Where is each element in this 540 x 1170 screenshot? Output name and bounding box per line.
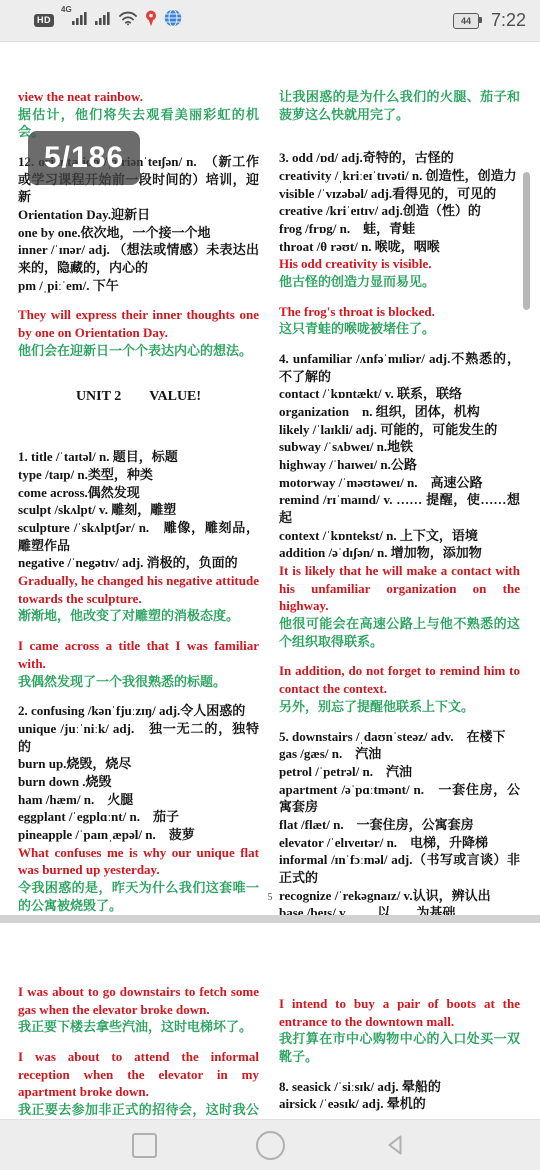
sentence-zh: 让我困惑的是为什么我们的火腿、茄子和菠萝这么快就用完了。 xyxy=(279,88,520,123)
sentence-zh: 我正要去参加非正式的招待会，这时我公寓 xyxy=(18,1101,259,1120)
sentence-zh: 我打算在市中心购物中心的入口处买一双靴子。 xyxy=(279,1030,520,1065)
sentence-en: view the neat rainbow. xyxy=(18,88,259,106)
sentence-en: I was about to attend the informal recep… xyxy=(18,1048,259,1101)
vocab-entry: sculpture /ˈskʌlptʃər/ n. 雕像，雕刻品，雕塑作品 xyxy=(18,519,259,554)
vocab-entry: burn up.烧毁，烧尽 xyxy=(18,755,259,773)
vocab-entry: creative /kriˈeɪtɪv/ adj.创造（性）的 xyxy=(279,202,520,220)
sentence-zh: 另外，别忘了提醒他联系上下文。 xyxy=(279,698,520,716)
vocab-entry: 3. odd /ɒd/ adj.奇特的，古怪的 xyxy=(279,149,520,167)
sentence-zh: 我正要下楼去拿些汽油，这时电梯坏了。 xyxy=(18,1018,259,1036)
page-number: 5 xyxy=(0,892,540,903)
vocab-entry: come across.偶然发现 xyxy=(18,484,259,502)
status-icons-right: 44 7:22 xyxy=(453,10,526,31)
sentence-zh: 我偶然发现了一个我很熟悉的标题。 xyxy=(18,673,259,691)
vocab-entry: frog /frɒg/ n. 蛙，青蛙 xyxy=(279,220,520,238)
sentence-en: What confuses me is why our unique flat … xyxy=(18,844,259,879)
vocab-entry: unique /juːˈniːk/ adj. 独一无二的，独特的 xyxy=(18,720,259,755)
vocab-entry: pineapple /ˈpaɪnˌæpəl/ n. 菠萝 xyxy=(18,826,259,844)
nav-bar xyxy=(0,1119,540,1170)
battery-level: 44 xyxy=(461,16,471,26)
vocab-entry: eggplant /ˈegplɑːnt/ n. 茄子 xyxy=(18,808,259,826)
vocab-entry: petrol /ˈpetrəl/ n. 汽油 xyxy=(279,763,520,781)
vocab-entry: context /ˈkɒntekst/ n. 上下文，语境 xyxy=(279,527,520,545)
vocab-entry: airsick /ˈeəsɪk/ adj. 晕机的 xyxy=(279,1095,520,1113)
sentence-en: His odd creativity is visible. xyxy=(279,255,520,273)
vocab-entry: 8. seasick /ˈsiːsɪk/ adj. 晕船的 xyxy=(279,1078,520,1096)
vocab-entry: 1. title /ˈtaɪtəl/ n. 题目，标题 xyxy=(18,448,259,466)
vocab-entry: flat /flæt/ n. 一套住房，公寓套房 xyxy=(279,816,520,834)
hd-icon: HD xyxy=(34,14,54,27)
vocab-entry: creativity /ˌkriːeɪˈtɪvəti/ n. 创造性，创造力 xyxy=(279,167,520,185)
browser-globe-icon xyxy=(164,9,182,32)
sentence-zh: 他们会在迎新日一个个表达内心的想法。 xyxy=(18,342,259,360)
sentence-en: I intend to buy a pair of boots at the e… xyxy=(279,995,520,1030)
vocab-entry: addition /əˈdɪʃən/ n. 增加物，添加物 xyxy=(279,544,520,562)
vocab-entry: negative /ˈnegətɪv/ adj. 消极的，负面的 xyxy=(18,554,259,572)
sentence-en: In addition, do not forget to remind him… xyxy=(279,662,520,697)
sentence-zh: 他很可能会在高速公路上与他不熟悉的这个组织取得联系。 xyxy=(279,615,520,650)
status-bar: HD 4G xyxy=(0,0,540,42)
recents-button[interactable] xyxy=(124,1125,164,1165)
status-icons-left: HD 4G xyxy=(34,9,182,32)
vocab-entry: burn down .烧毁 xyxy=(18,773,259,791)
status-time: 7:22 xyxy=(491,10,526,31)
sentence-en: I was about to go downstairs to fetch so… xyxy=(18,983,259,1018)
sentence-en: It is likely that he will make a contact… xyxy=(279,562,520,615)
vocab-entry: gas /gæs/ n. 汽油 xyxy=(279,745,520,763)
vocab-entry: 2. confusing /kənˈfjuːzɪŋ/ adj.令人困惑的 xyxy=(18,702,259,720)
recents-square-icon xyxy=(132,1133,157,1158)
signal-bars-icon xyxy=(95,11,111,30)
page-divider xyxy=(0,915,540,923)
vocab-entry: 4. unfamiliar /ʌnfəˈmɪliər/ adj.不熟悉的，不了解… xyxy=(279,350,520,385)
page6-left-column: I was about to go downstairs to fetch so… xyxy=(18,983,259,1120)
scrollbar-thumb[interactable] xyxy=(523,172,530,310)
vocab-entry: organization n. 组织，团体，机构 xyxy=(279,403,520,421)
vocab-entry: likely /ˈlaɪkli/ adj. 可能的，可能发生的 xyxy=(279,421,520,439)
sentence-en: Gradually, he changed his negative attit… xyxy=(18,572,259,607)
signal-4g-icon: 4G xyxy=(61,11,88,30)
sentence-zh: 这只青蛙的喉咙被堵住了。 xyxy=(279,320,520,338)
back-button[interactable] xyxy=(376,1125,416,1165)
vocab-entry: Orientation Day.迎新日 xyxy=(18,206,259,224)
page6-right-column: I intend to buy a pair of boots at the e… xyxy=(279,983,520,1120)
unit-heading: UNIT 2 VALUE! xyxy=(18,387,259,406)
location-pin-icon xyxy=(145,10,157,32)
vocab-entry: 5. downstairs /ˌdaʊnˈsteəz/ adv. 在楼下 xyxy=(279,728,520,746)
vocab-entry: sculpt /skʌlpt/ v. 雕刻，雕塑 xyxy=(18,501,259,519)
vocab-entry: motorway /ˈməʊtəweɪ/ n. 高速公路 xyxy=(279,474,520,492)
sentence-zh: 他古怪的创造力显而易见。 xyxy=(279,273,520,291)
sentence-zh: 渐渐地，他改变了对雕塑的消极态度。 xyxy=(18,607,259,625)
screen: HD 4G xyxy=(0,0,540,1170)
vocab-entry: highway /ˈhaɪweɪ/ n.公路 xyxy=(279,456,520,474)
vocab-entry: remind /rɪˈmaɪnd/ v. …… 提醒，使……想起 xyxy=(279,491,520,526)
document-viewport[interactable]: view the neat rainbow.据估计，他们将失去观看美丽彩虹的机会… xyxy=(0,42,540,1120)
page5-left-column: view the neat rainbow.据估计，他们将失去观看美丽彩虹的机会… xyxy=(18,88,259,915)
vocab-entry: subway /ˈsʌbweɪ/ n.地铁 xyxy=(279,438,520,456)
vocab-entry: one by one.依次地，一个接一个地 xyxy=(18,224,259,242)
home-button[interactable] xyxy=(250,1125,290,1165)
vocab-entry: inner /ˈɪnər/ adj. （想法或情感）未表达出来的，隐藏的，内心的 xyxy=(18,241,259,276)
battery-icon: 44 xyxy=(453,13,479,29)
vocab-entry: throat /θ rəʊt/ n. 喉咙，咽喉 xyxy=(279,238,520,256)
vocab-entry: apartment /əˈpɑːtmənt/ n. 一套住房，公寓套房 xyxy=(279,781,520,816)
page5-right-column: 让我困惑的是为什么我们的火腿、茄子和菠萝这么快就用完了。3. odd /ɒd/ … xyxy=(279,88,520,915)
sentence-en: They will express their inner thoughts o… xyxy=(18,306,259,341)
back-triangle-icon xyxy=(383,1132,409,1158)
vocab-entry: informal /ɪnˈfɔːməl/ adj.（书写或言谈）非正式的 xyxy=(279,851,520,886)
page-indicator-badge: 5/186 xyxy=(28,131,140,185)
sentence-en: The frog's throat is blocked. xyxy=(279,303,520,321)
wifi-icon xyxy=(118,10,138,31)
vocab-entry: visible /ˈvɪzəbəl/ adj.看得见的，可见的 xyxy=(279,185,520,203)
vocab-entry: contact /ˈkɒntækt/ v. 联系，联络 xyxy=(279,385,520,403)
vocab-entry: ham /hæm/ n. 火腿 xyxy=(18,791,259,809)
vocab-entry: base /beɪs/ v. ……以……为基础 xyxy=(279,904,520,915)
vocab-entry: type /taɪp/ n.类型，种类 xyxy=(18,466,259,484)
vocab-entry: elevator /ˈelɪveɪtər/ n. 电梯，升降梯 xyxy=(279,834,520,852)
vocab-entry: pm /ˌpiːˈem/. 下午 xyxy=(18,277,259,295)
home-circle-icon xyxy=(256,1131,285,1160)
page-6: I was about to go downstairs to fetch so… xyxy=(0,923,540,1120)
sentence-en: I came across a title that I was familia… xyxy=(18,637,259,672)
